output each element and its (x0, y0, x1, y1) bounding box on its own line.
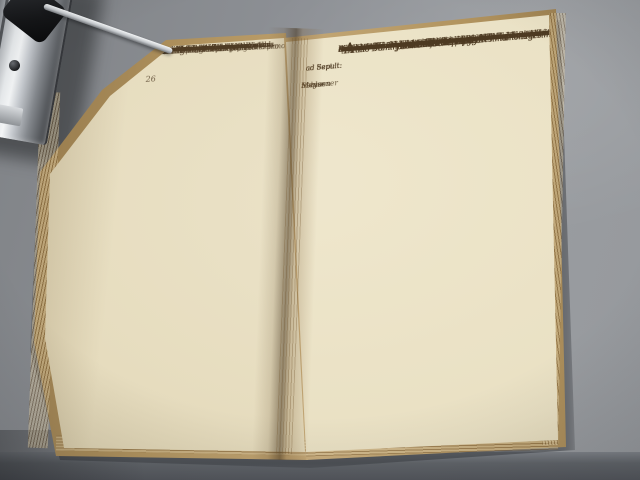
scanner-clamp-tab (0, 104, 23, 127)
margin-note: ad Sepult: (306, 62, 343, 73)
manuscript-photo-scene: ad bapt:2613Anno Dmni millesimo Septinge… (0, 0, 640, 480)
margin-mark: 26 (145, 74, 156, 83)
signature-row: Johannes de LangBraunG. M. Macklin pbr. (338, 42, 398, 69)
scanner-clamp-rivet (9, 60, 20, 71)
margin-name: usque (301, 79, 324, 90)
